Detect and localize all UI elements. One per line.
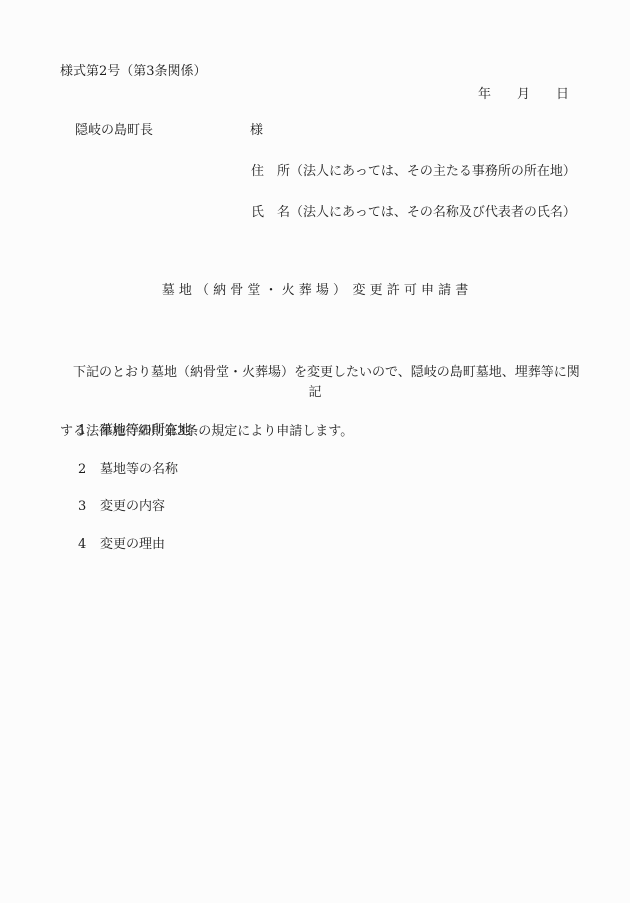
list-item-location: 1 墓地等の所在地 bbox=[78, 424, 191, 437]
applicant-name-label: 氏 名（法人にあっては、その名称及び代表者の氏名） bbox=[251, 206, 576, 219]
item-number: 2 bbox=[78, 463, 100, 476]
item-number: 4 bbox=[78, 538, 100, 551]
date-line: 年 月 日 bbox=[478, 88, 569, 101]
item-number: 3 bbox=[78, 500, 100, 513]
recipient-honorific: 様 bbox=[250, 124, 263, 137]
recipient-name: 隠岐の島町長 bbox=[75, 124, 153, 137]
list-item-change-reason: 4 変更の理由 bbox=[78, 538, 165, 551]
item-label: 墓地等の所在地 bbox=[100, 424, 191, 437]
record-heading: 記 bbox=[0, 386, 630, 399]
document-title: 墓 地 （ 納 骨 堂 ・ 火 葬 場 ） 変 更 許 可 申 請 書 bbox=[0, 284, 630, 297]
form-number: 様式第2号（第3条関係） bbox=[60, 65, 207, 78]
item-label: 変更の理由 bbox=[100, 538, 165, 551]
applicant-address-label: 住 所（法人にあっては、その主たる事務所の所在地） bbox=[251, 165, 576, 178]
item-number: 1 bbox=[78, 424, 100, 437]
item-label: 変更の内容 bbox=[100, 500, 165, 513]
body-paragraph: 下記のとおり墓地（納骨堂・火葬場）を変更したいので、隠岐の島町墓地、埋葬等に関 … bbox=[60, 324, 585, 480]
application-form-page: 様式第2号（第3条関係） 年 月 日 隠岐の島町長 様 住 所（法人にあっては、… bbox=[0, 0, 630, 903]
list-item-name: 2 墓地等の名称 bbox=[78, 463, 178, 476]
body-line-1: 下記のとおり墓地（納骨堂・火葬場）を変更したいので、隠岐の島町墓地、埋葬等に関 bbox=[60, 363, 585, 383]
item-label: 墓地等の名称 bbox=[100, 463, 178, 476]
list-item-change-details: 3 変更の内容 bbox=[78, 500, 165, 513]
